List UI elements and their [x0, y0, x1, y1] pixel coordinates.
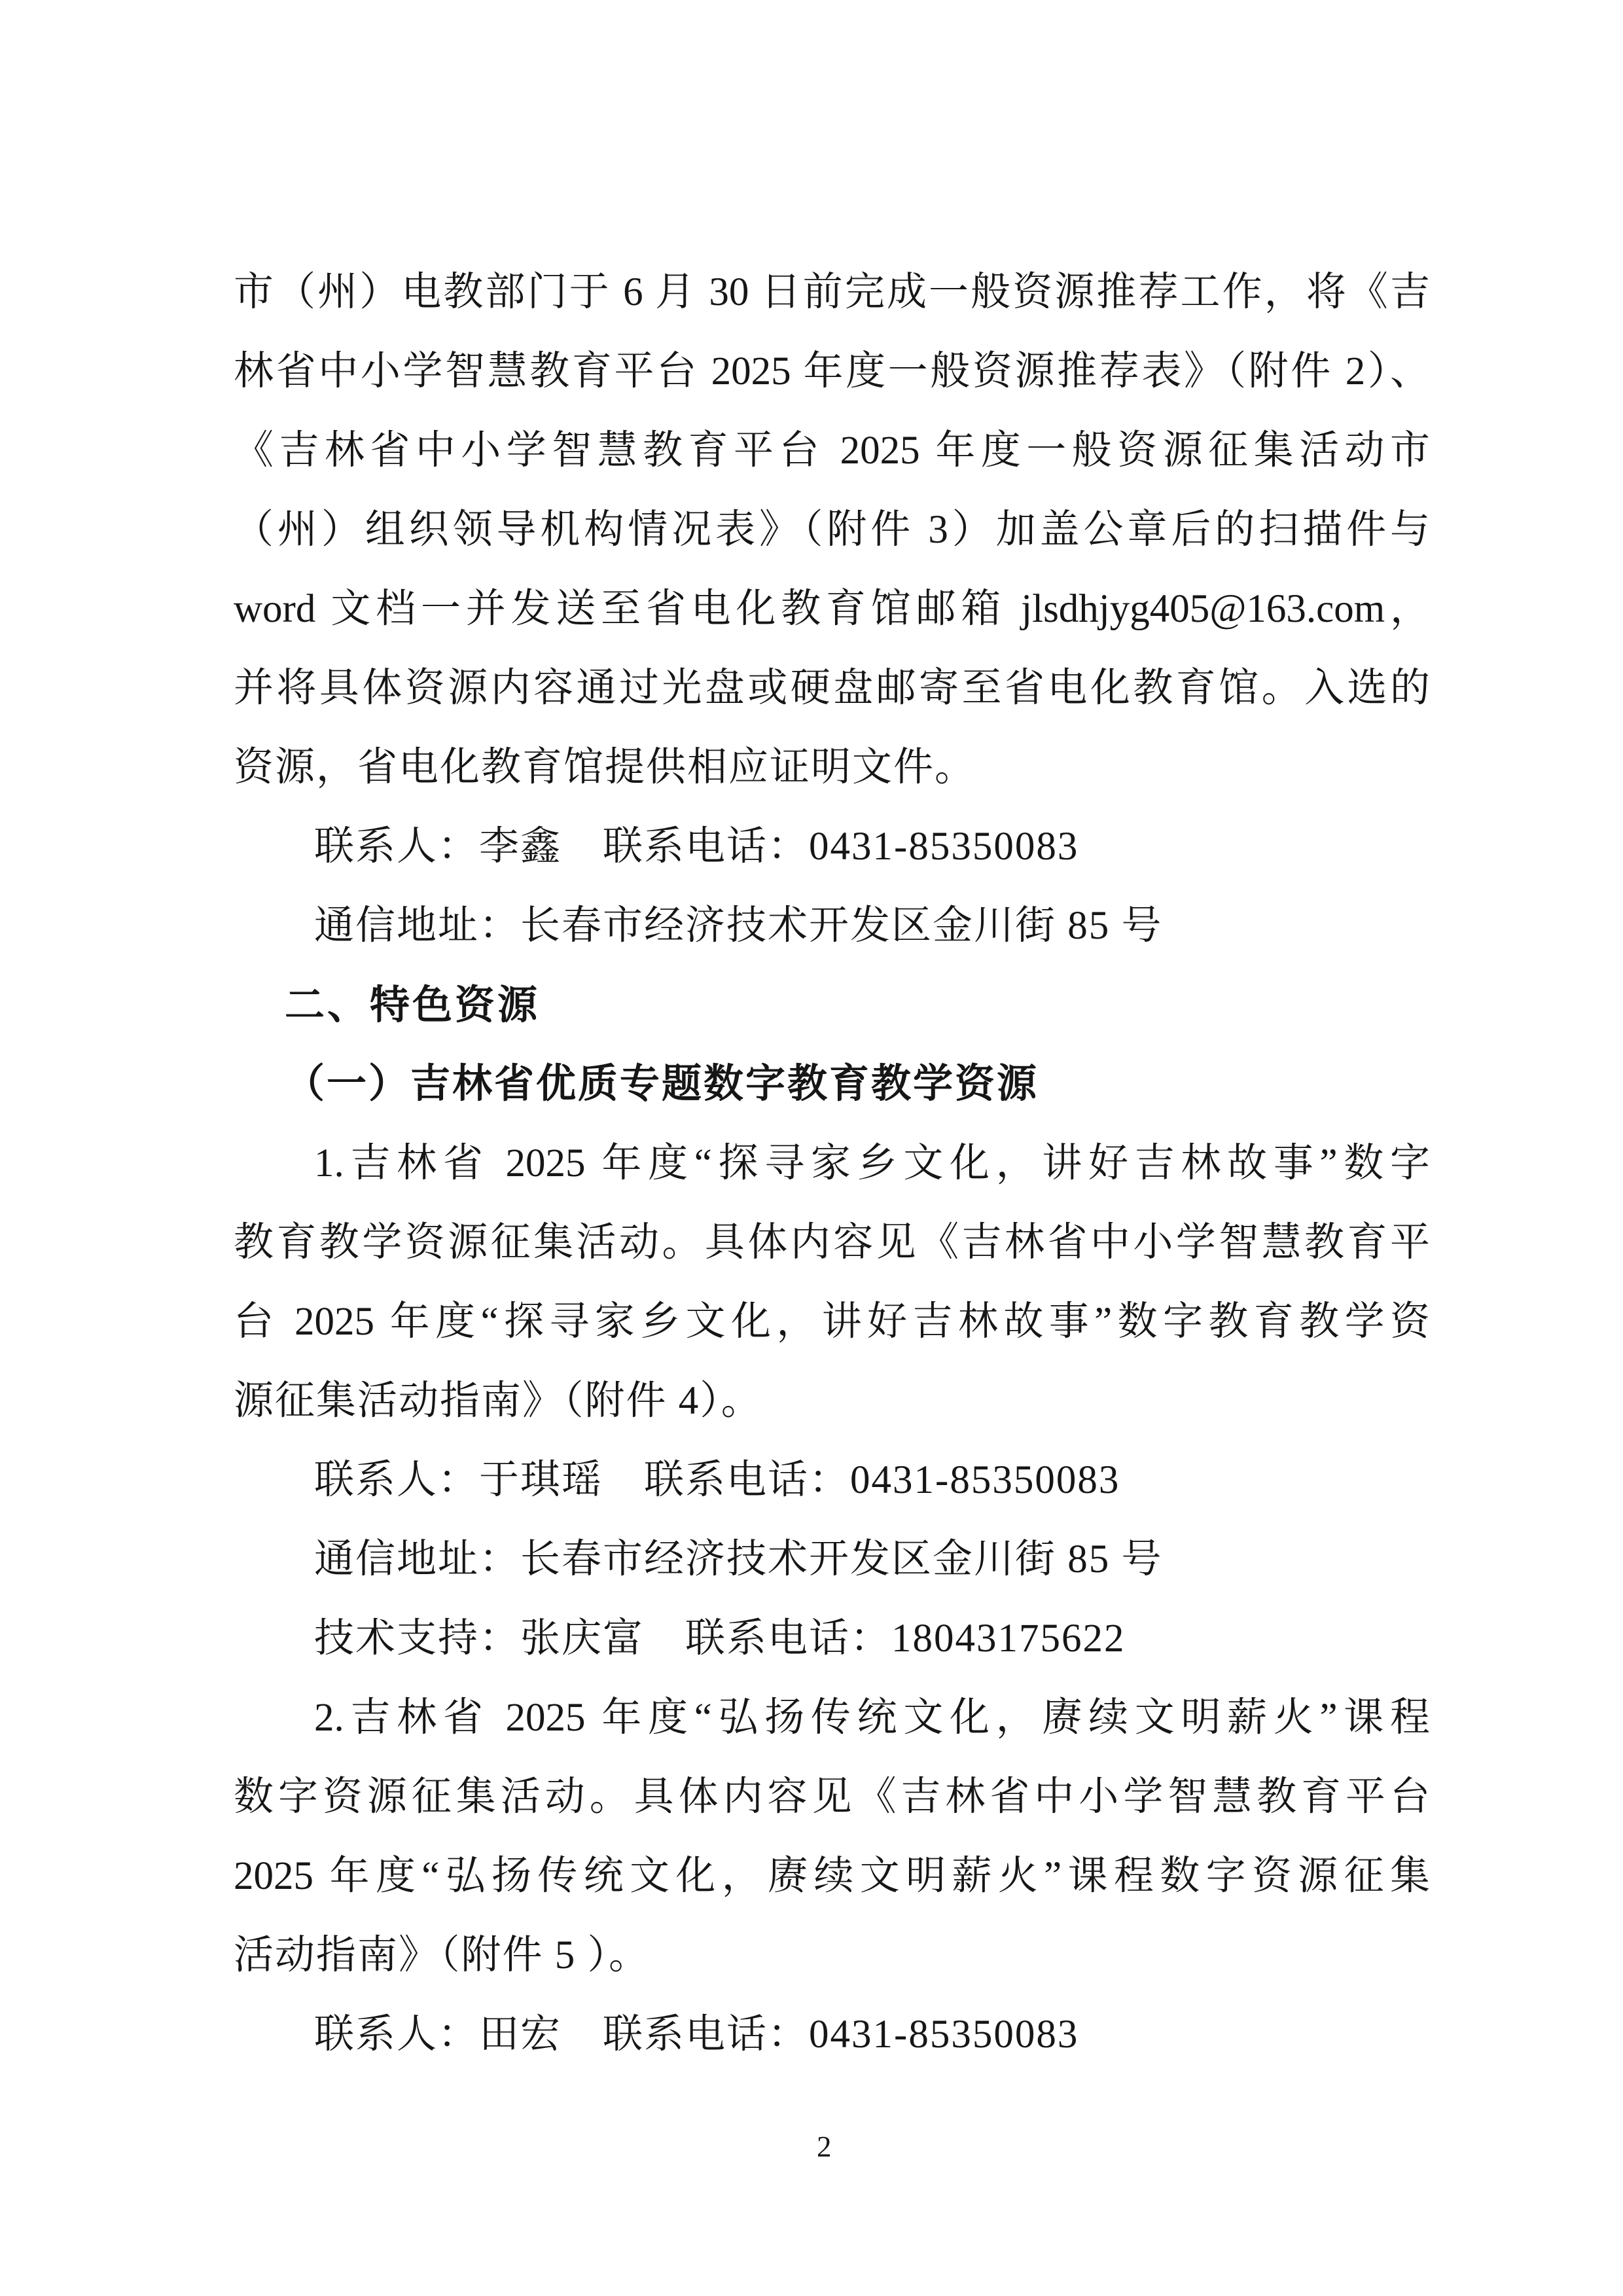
body-line: 台 2025 年度“探寻家乡文化，讲好吉林故事”数字教育教学资	[234, 1282, 1430, 1361]
body-line: 市（州）电教部门于 6 月 30 日前完成一般资源推荐工作，将《吉	[234, 253, 1430, 332]
body-line: 教育教学资源征集活动。具体内容见《吉林省中小学智慧教育平	[234, 1203, 1430, 1282]
body-line: 2.吉林省 2025 年度“弘扬传统文化，赓续文明薪火”课程	[234, 1678, 1430, 1757]
contact-line: 通信地址：长春市经济技术开发区金川街 85 号	[234, 886, 1430, 965]
document-body: 市（州）电教部门于 6 月 30 日前完成一般资源推荐工作，将《吉 林省中小学智…	[234, 253, 1430, 2074]
page-number: 2	[817, 2132, 832, 2162]
body-line: 《吉林省中小学智慧教育平台 2025 年度一般资源征集活动市	[234, 411, 1430, 490]
body-line: 2025 年度“弘扬传统文化，赓续文明薪火”课程数字资源征集	[234, 1837, 1430, 1916]
subsection-heading: （一）吉林省优质专题数字教育教学资源	[234, 1045, 1430, 1124]
body-line: 林省中小学智慧教育平台 2025 年度一般资源推荐表》（附件 2）、	[234, 332, 1430, 411]
body-line: 并将具体资源内容通过光盘或硬盘邮寄至省电化教育馆。入选的	[234, 649, 1430, 728]
body-line: 活动指南》（附件 5 ）。	[234, 1916, 1430, 1995]
scanned-document-page: 市（州）电教部门于 6 月 30 日前完成一般资源推荐工作，将《吉 林省中小学智…	[0, 0, 1623, 2296]
body-line: 数字资源征集活动。具体内容见《吉林省中小学智慧教育平台	[234, 1757, 1430, 1837]
contact-line: 联系人：田宏 联系电话：0431-85350083	[234, 1995, 1430, 2074]
contact-line: 联系人：李鑫 联系电话：0431-85350083	[234, 807, 1430, 886]
body-line: 资源，省电化教育馆提供相应证明文件。	[234, 728, 1430, 807]
contact-line: 联系人：于琪瑶 联系电话：0431-85350083	[234, 1441, 1430, 1520]
body-line: （州）组织领导机构情况表》（附件 3）加盖公章后的扫描件与	[234, 490, 1430, 569]
contact-line: 技术支持：张庆富 联系电话：18043175622	[234, 1599, 1430, 1678]
body-line: 1.吉林省 2025 年度“探寻家乡文化，讲好吉林故事”数字	[234, 1124, 1430, 1203]
contact-line: 通信地址：长春市经济技术开发区金川街 85 号	[234, 1520, 1430, 1599]
section-heading: 二、特色资源	[234, 965, 1430, 1045]
body-line: 源征集活动指南》（附件 4）。	[234, 1361, 1430, 1441]
body-line: word 文档一并发送至省电化教育馆邮箱 jlsdhjyg405@163.com…	[234, 569, 1430, 649]
